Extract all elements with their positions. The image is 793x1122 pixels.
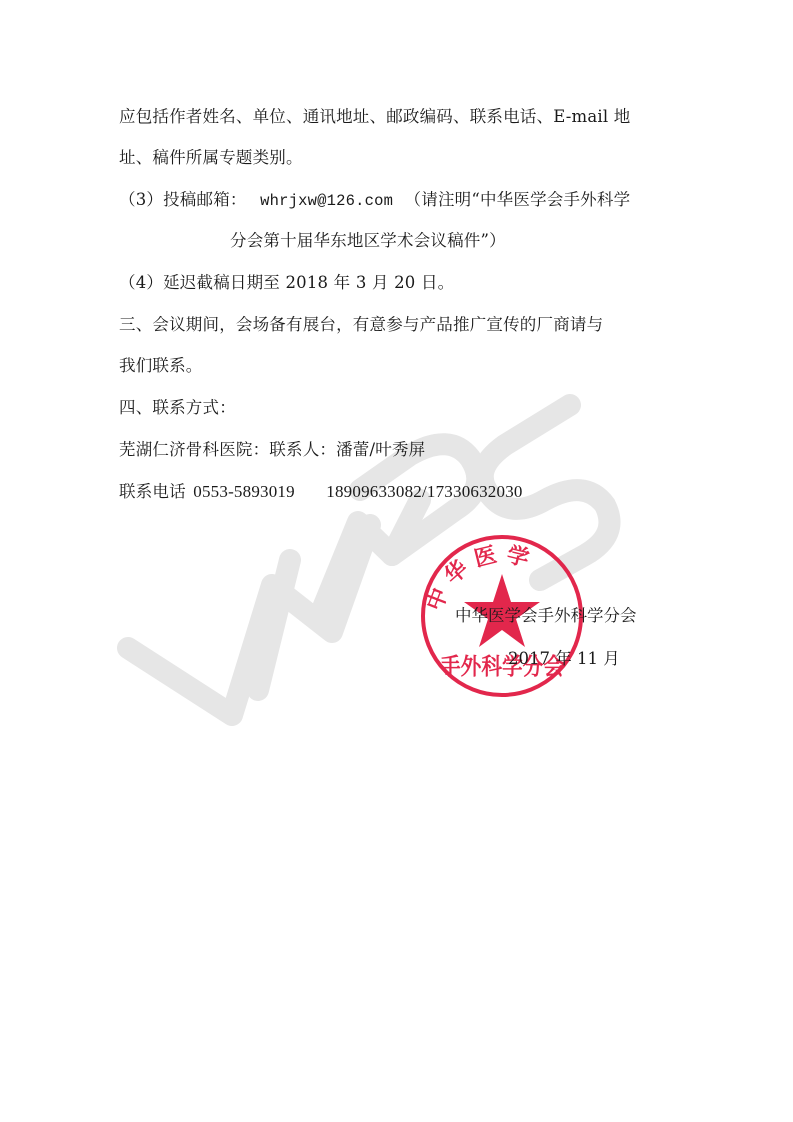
- exhibition-text: 三、会议期间，会场备有展台，有意参与产品推广宣传的厂商请与: [119, 315, 603, 334]
- signature-date: 2017 年 11 月: [508, 648, 620, 670]
- paragraph-exhibition-line2: 我们联系。: [119, 355, 203, 377]
- contact-phone-label: 联系电话: [119, 482, 186, 501]
- author-info-text: 应包括作者姓名、单位、通讯地址、邮政编码、联系电话、E-mail 地: [119, 107, 631, 126]
- paragraph-contact-phone: 联系电话 0553-5893019 18909633082/1733063203…: [119, 481, 523, 503]
- signature-date-text: 2017 年 11 月: [508, 649, 620, 668]
- submission-note-cont: 分会第十届华东地区学术会议稿件”）: [230, 231, 506, 250]
- paragraph-contact-hospital: 芜湖仁济骨科医院：联系人：潘蕾/叶秀屏: [119, 439, 425, 461]
- section-heading-contact: 四、联系方式：: [119, 397, 236, 419]
- paragraph-exhibition-line1: 三、会议期间，会场备有展台，有意参与产品推广宣传的厂商请与: [119, 314, 603, 336]
- contact-heading-text: 四、联系方式：: [119, 398, 236, 417]
- submission-note: （请注明“中华医学会手外科学: [405, 190, 631, 209]
- deadline-text: （4）延迟截稿日期至 2018 年 3 月 20 日。: [119, 273, 454, 292]
- signature-organization: 中华医学会手外科学分会: [455, 605, 637, 627]
- paragraph-deadline: （4）延迟截稿日期至 2018 年 3 月 20 日。: [119, 272, 454, 294]
- submission-email-label: （3）投稿邮箱：: [119, 190, 247, 209]
- submission-email-link[interactable]: whrjxw@126.com: [260, 192, 393, 210]
- paragraph-submission-email-cont: 分会第十届华东地区学术会议稿件”）: [230, 230, 506, 252]
- signature-organization-text: 中华医学会手外科学分会: [455, 606, 637, 625]
- author-info-text-cont: 址、稿件所属专题类别。: [119, 148, 303, 167]
- contact-mobiles: 18909633082/17330632030: [326, 482, 522, 501]
- svg-text:中 华 医 学: 中 华 医 学: [421, 542, 531, 615]
- document-page: 应包括作者姓名、单位、通讯地址、邮政编码、联系电话、E-mail 地 址、稿件所…: [0, 0, 793, 1122]
- paragraph-author-info-line1: 应包括作者姓名、单位、通讯地址、邮政编码、联系电话、E-mail 地: [119, 106, 631, 128]
- paragraph-submission-email: （3）投稿邮箱： whrjxw@126.com （请注明“中华医学会手外科学: [119, 189, 630, 212]
- contact-landline: 0553-5893019: [193, 482, 295, 501]
- paragraph-author-info-line2: 址、稿件所属专题类别。: [119, 147, 303, 169]
- contact-hospital-text: 芜湖仁济骨科医院：联系人：潘蕾/叶秀屏: [119, 440, 425, 459]
- exhibition-text-cont: 我们联系。: [119, 356, 203, 375]
